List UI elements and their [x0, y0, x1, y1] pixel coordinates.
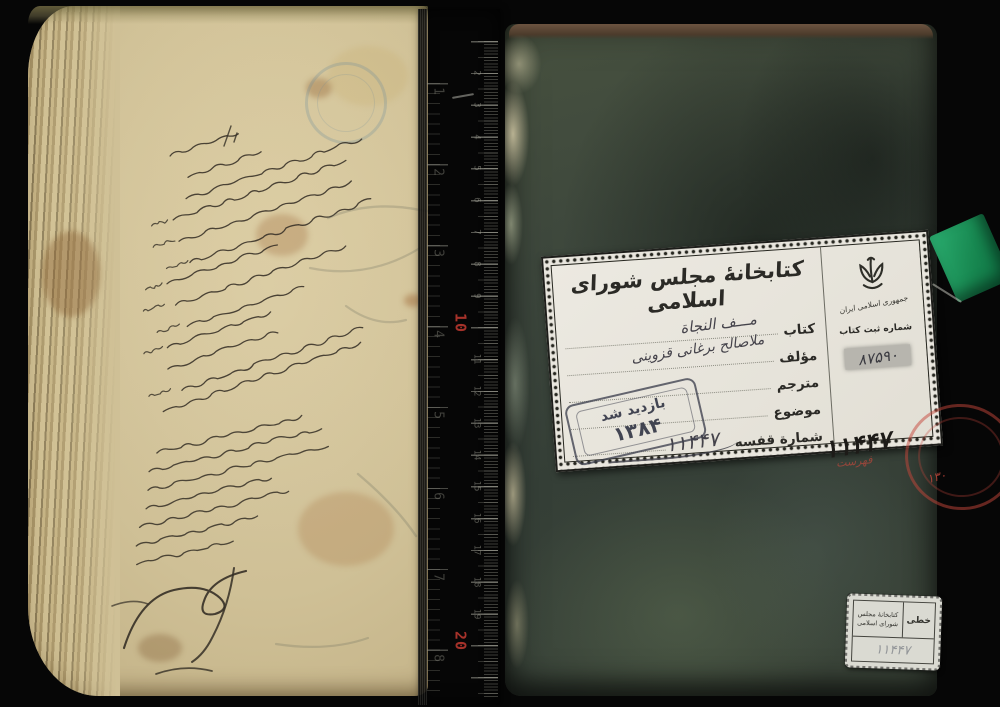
field-label-shelf: شمارة قفسه [728, 429, 823, 452]
catalog-sticker-table: خطی کتابخانهٔ مجلس شورای اسلامی ۱۱۴۴۷ [851, 600, 936, 665]
tape-frayed-edge [418, 9, 427, 705]
catalog-sticker: خطی کتابخانهٔ مجلس شورای اسلامی ۱۱۴۴۷ [845, 593, 943, 670]
registration-number-patch: ۸۷۵۹۰ [844, 344, 911, 370]
sticker-number: ۱۱۴۴۷ [852, 637, 934, 664]
label-emblem-column: جمهوری اسلامی ایران شماره ثبت کتاب ۸۷۵۹۰ [820, 240, 933, 442]
manuscript-handwriting [28, 6, 428, 696]
sticker-type-cell: خطی [901, 602, 935, 638]
registration-number-value: ۸۷۵۹۰ [856, 345, 898, 368]
catalog-sticker-top-row: خطی کتابخانهٔ مجلس شورای اسلامی [853, 601, 935, 640]
registration-number-label: شماره ثبت کتاب [839, 322, 912, 337]
photo-stage: 23456789111213141516171819102012345678 ج… [0, 0, 1000, 707]
sticker-library-cell: کتابخانهٔ مجلس شورای اسلامی [853, 601, 903, 638]
manuscript-page [28, 6, 428, 696]
iran-emblem-icon [847, 250, 896, 299]
cover-top-edge [509, 24, 933, 39]
cover-worn-edge [505, 24, 553, 696]
handwritten-book-title: مـــف النجاة [679, 310, 758, 337]
measuring-tape: 23456789111213141516171819102012345678 [418, 9, 500, 705]
